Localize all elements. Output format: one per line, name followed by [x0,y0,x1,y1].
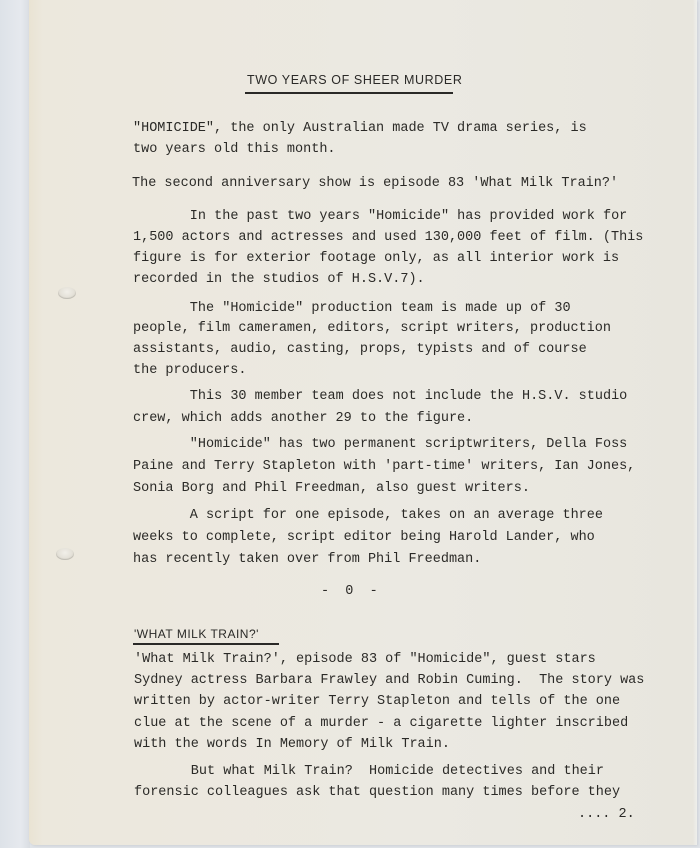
text-line: with the words In Memory of Milk Train. [134,737,450,753]
text-line: clue at the scene of a murder - a cigare… [134,716,628,732]
text-line: forensic colleagues ask that question ma… [134,785,620,801]
page-continuation: .... 2. [578,807,635,823]
text-line: The second anniversary show is episode 8… [132,176,618,192]
scanner-backdrop [0,0,30,848]
text-line: the producers. [133,363,246,379]
text-line: But what Milk Train? Homicide detectives… [126,764,604,780]
text-line: assistants, audio, casting, props, typis… [133,342,587,358]
text-line: The "Homicide" production team is made u… [125,301,571,317]
text-line: crew, which adds another 29 to the figur… [133,411,473,427]
text-line: written by actor-writer Terry Stapleton … [134,694,620,710]
text-line: 1,500 actors and actresses and used 130,… [133,230,643,246]
text-line: In the past two years "Homicide" has pro… [125,209,627,225]
text-line: Sydney actress Barbara Frawley and Robin… [134,673,644,689]
text-line: two years old this month. [133,142,336,158]
punch-hole-bottom [56,548,74,560]
punch-hole-top [58,287,76,299]
text-line: "HOMICIDE", the only Australian made TV … [133,121,587,137]
text-line: Paine and Terry Stapleton with 'part-tim… [133,459,635,475]
heading-underline [133,643,279,645]
text-line: recorded in the studios of H.S.V.7). [133,272,425,288]
section-heading: 'WHAT MILK TRAIN?' [134,627,259,641]
title-underline [245,92,453,94]
text-line: This 30 member team does not include the… [125,389,627,405]
section-separator: - 0 - [321,584,378,600]
text-line: figure is for exterior footage only, as … [133,251,619,267]
text-line: 'What Milk Train?', episode 83 of "Homic… [134,652,596,668]
text-line: A script for one episode, takes on an av… [125,508,603,524]
document-title: TWO YEARS OF SHEER MURDER [247,73,462,87]
text-line: people, film cameramen, editors, script … [133,321,611,337]
text-line: "Homicide" has two permanent scriptwrite… [125,437,627,453]
text-line: Sonia Borg and Phil Freedman, also guest… [133,481,530,497]
text-line: has recently taken over from Phil Freedm… [133,552,481,568]
text-line: weeks to complete, script editor being H… [133,530,595,546]
